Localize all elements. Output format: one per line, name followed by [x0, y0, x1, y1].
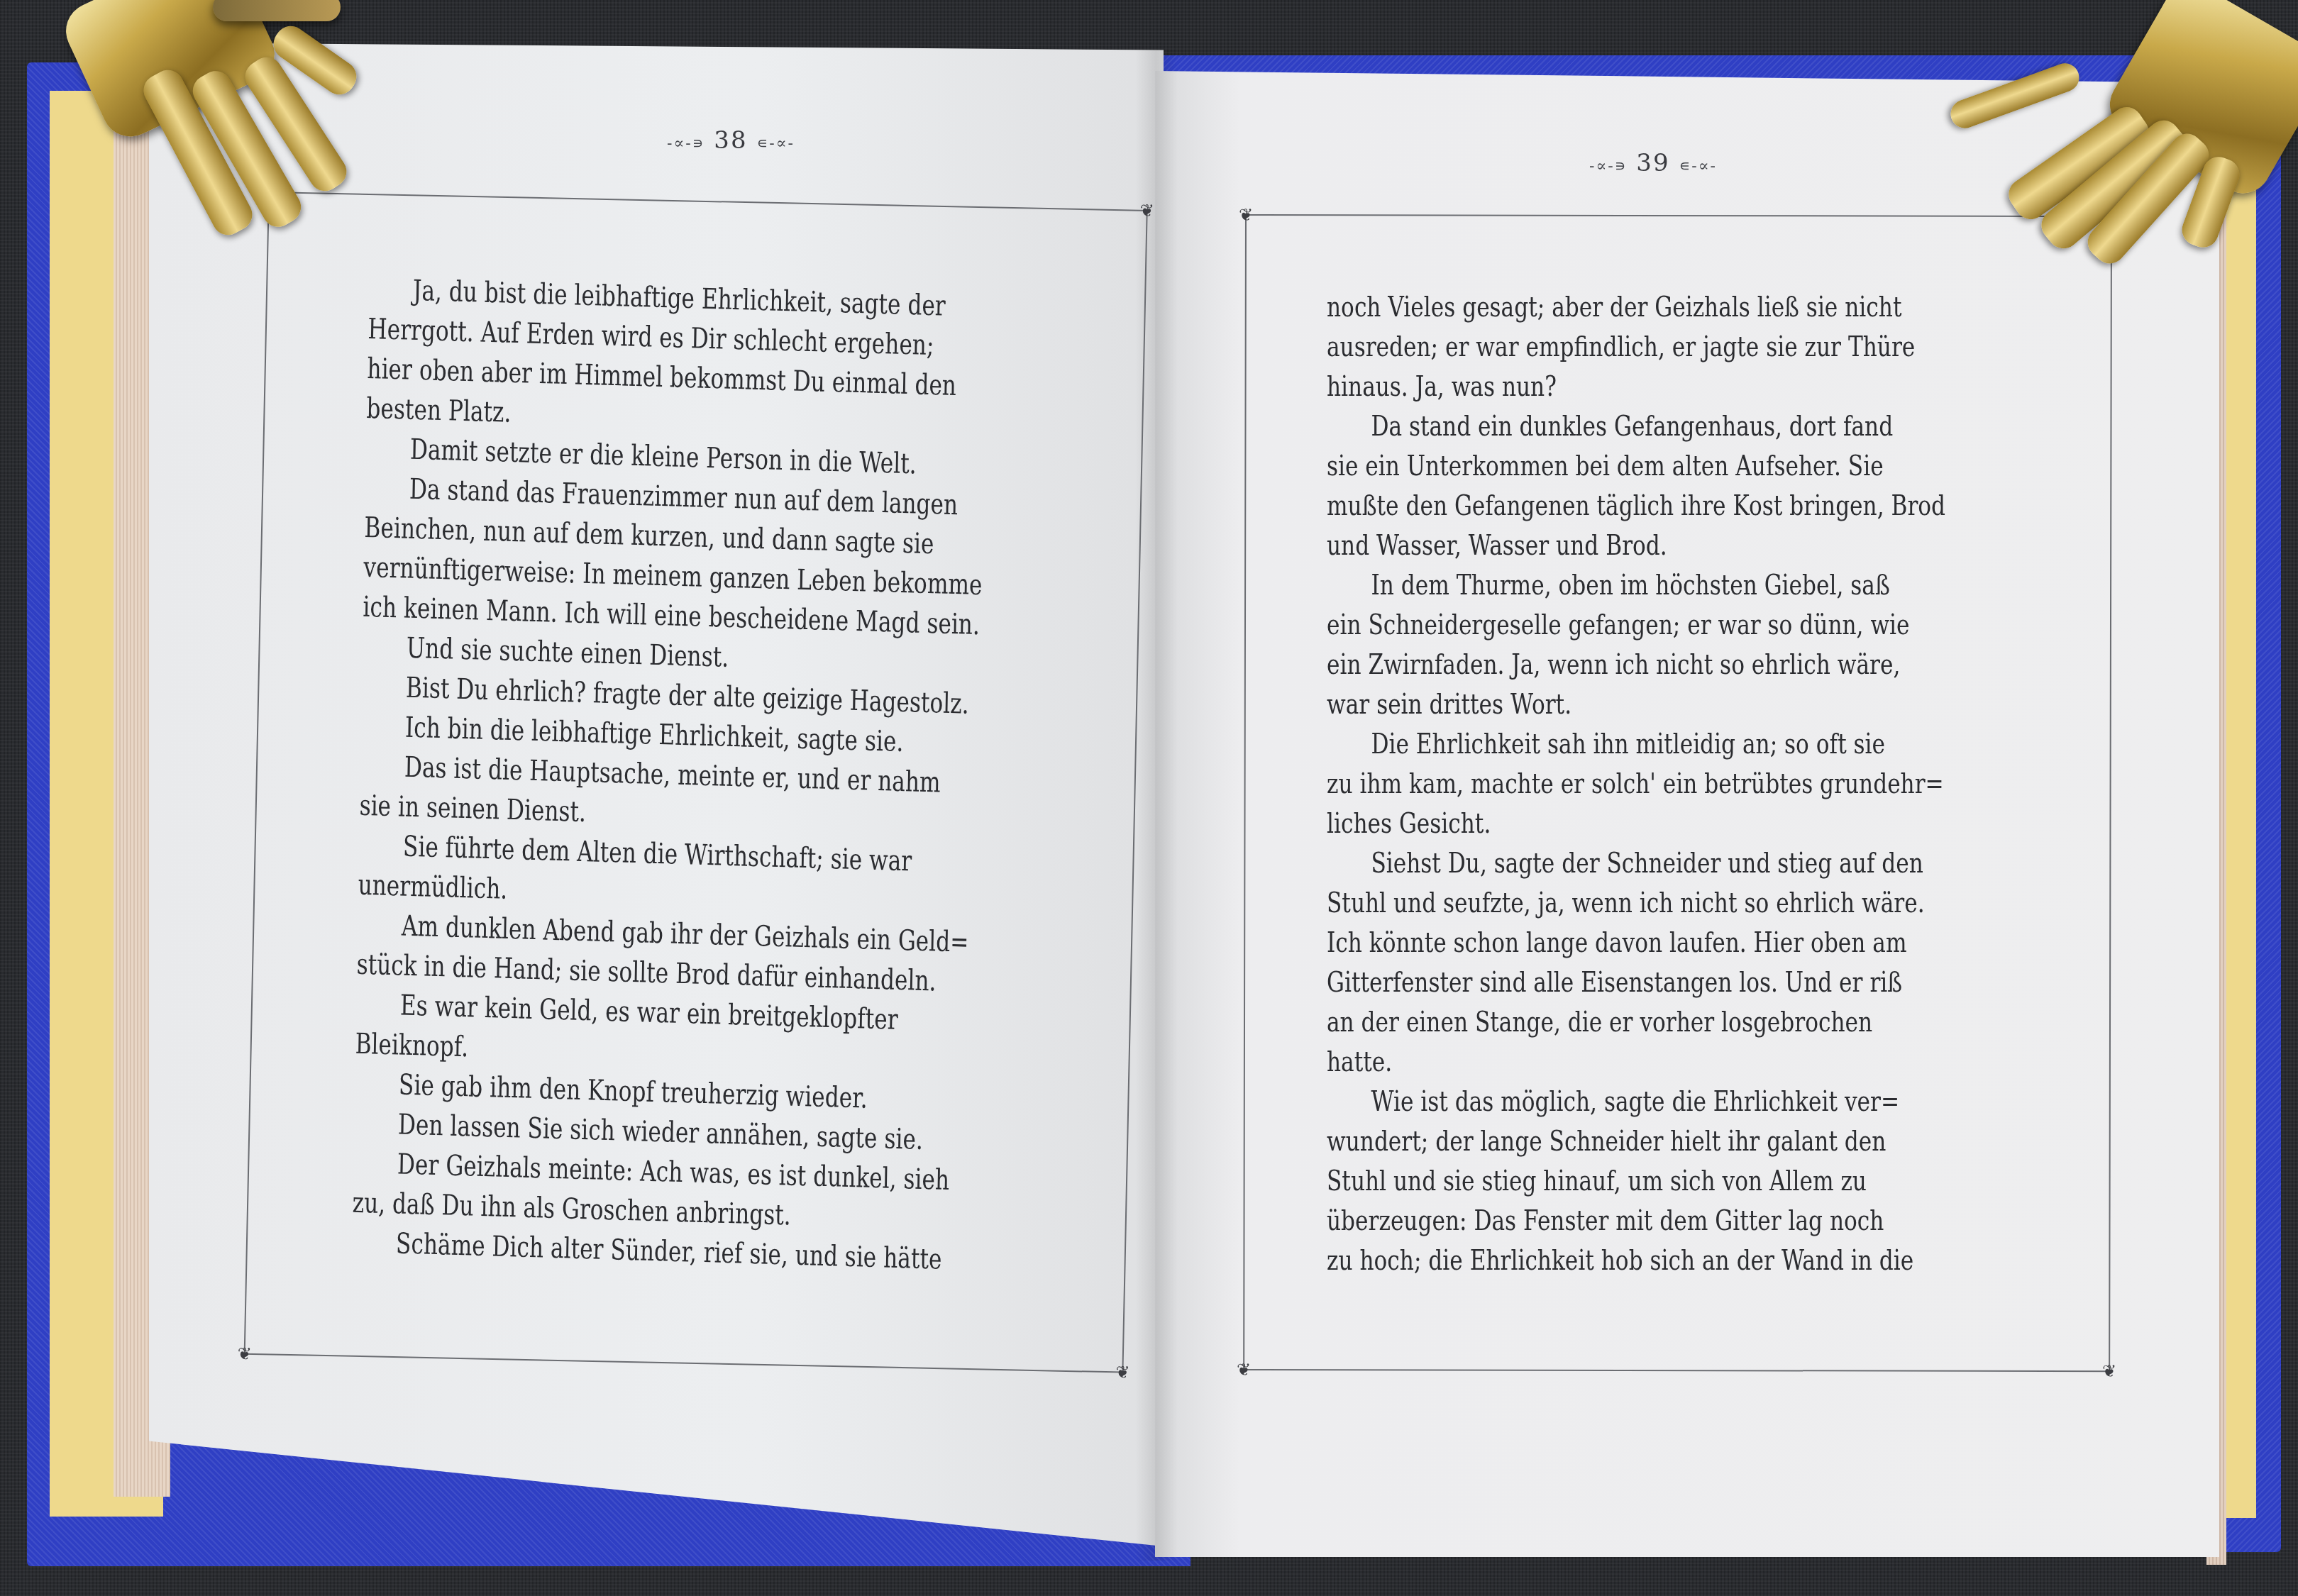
page-number: 38 — [714, 126, 747, 155]
text-line: und Wasser, Wasser und Brod. — [1327, 526, 2184, 565]
corner-ornament-icon: ❦ — [1137, 201, 1156, 221]
text-line: überzeugen: Das Fenster mit dem Gitter l… — [1327, 1201, 2184, 1241]
text-line: ausreden; er war empfindlich, er jagte s… — [1327, 327, 2184, 367]
header-ornament-icon: ∊-∝- — [1679, 157, 1717, 175]
corner-ornament-icon: ❦ — [1237, 206, 1255, 224]
text-line: Die Ehrlichkeit sah ihn mitleidig an; so… — [1327, 724, 2184, 764]
text-line: mußte den Gefangenen täglich ihre Kost b… — [1327, 486, 2184, 526]
text-line: zu hoch; die Ehrlichkeit hob sich an der… — [1327, 1241, 2184, 1280]
text-line: wundert; der lange Schneider hielt ihr g… — [1327, 1121, 2184, 1161]
page-number: 39 — [1636, 149, 1669, 177]
text-line: Wie ist das möglich, sagte die Ehrlichke… — [1327, 1082, 2184, 1121]
right-page-header: -∝-∍ 39 ∊-∝- — [1589, 149, 1717, 177]
text-line: ein Zwirnfaden. Ja, wenn ich nicht so eh… — [1327, 645, 2184, 685]
text-line: Da stand ein dunkles Gefangenhaus, dort … — [1327, 406, 2184, 446]
corner-ornament-icon: ❦ — [235, 1344, 254, 1363]
text-line: Stuhl und seufzte, ja, wenn ich nicht so… — [1327, 883, 2184, 923]
text-line: ein Schneidergeselle gefangen; er war so… — [1327, 605, 2184, 645]
text-line: sie ein Unterkommen bei dem alten Aufseh… — [1327, 446, 2184, 486]
text-line: zu ihm kam, machte er solch' ein betrübt… — [1327, 764, 2184, 804]
header-ornament-icon: ∊-∝- — [756, 135, 795, 153]
right-page-body-text: noch Vieles gesagt; aber der Geizhals li… — [1327, 287, 2184, 1280]
corner-ornament-icon: ❦ — [2100, 1362, 2119, 1380]
text-line: noch Vieles gesagt; aber der Geizhals li… — [1327, 287, 2184, 327]
text-line: hinaus. Ja, was nun? — [1327, 367, 2184, 406]
text-line: Ich könnte schon lange davon laufen. Hie… — [1327, 923, 2184, 963]
text-line: liches Gesicht. — [1327, 804, 2184, 843]
brass-hand-weight-left[interactable] — [0, 0, 497, 241]
text-line: war sein drittes Wort. — [1327, 685, 2184, 724]
text-line: Gitterfenster sind alle Eisenstangen los… — [1327, 963, 2184, 1002]
text-line: Siehst Du, sagte der Schneider und stieg… — [1327, 843, 2184, 883]
text-line: Stuhl und sie stieg hinauf, um sich von … — [1327, 1161, 2184, 1201]
left-page-body-text: Ja, du bist die leibhaftige Ehrlichkeit,… — [351, 270, 1198, 1287]
brass-hand-weight-right[interactable] — [2015, 0, 2298, 255]
text-line: hatte. — [1327, 1042, 2184, 1082]
text-line: an der einen Stange, die er vorher losge… — [1327, 1002, 2184, 1042]
text-line: In dem Thurme, oben im höchsten Giebel, … — [1327, 565, 2184, 605]
left-page-header: -∝-∍ 38 ∊-∝- — [667, 126, 795, 155]
header-ornament-icon: -∝-∍ — [667, 135, 705, 153]
corner-ornament-icon: ❦ — [1113, 1363, 1132, 1382]
corner-ornament-icon: ❦ — [1234, 1361, 1253, 1379]
header-ornament-icon: -∝-∍ — [1589, 157, 1628, 175]
